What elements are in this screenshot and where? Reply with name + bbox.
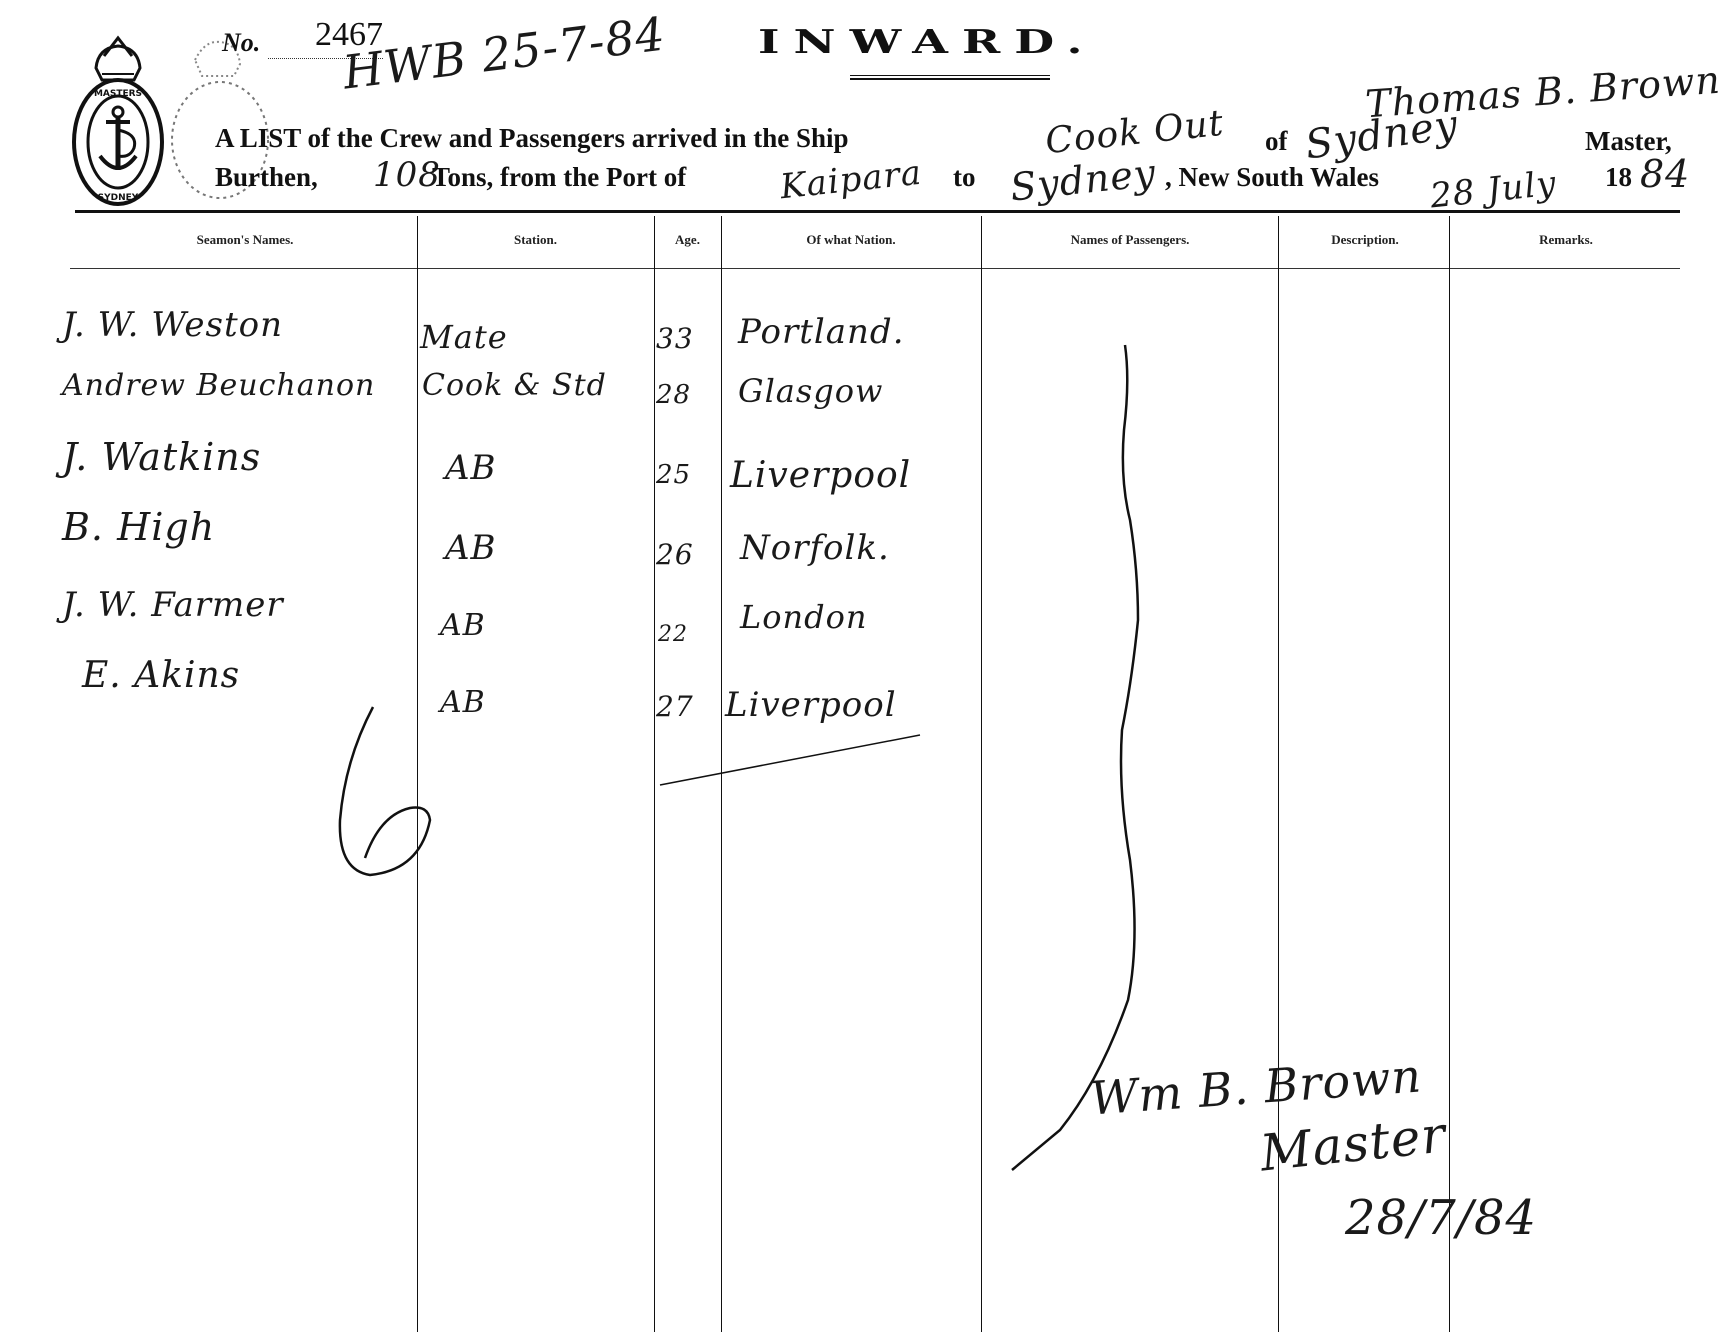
shipping-masters-seal: MASTERS SYDNEY — [68, 30, 168, 205]
handwritten-reference: HWB 25-7-84 — [340, 6, 668, 99]
crown-icon: MASTERS SYDNEY — [68, 30, 168, 205]
form-number-label: No. — [222, 28, 260, 58]
seaman-nation: London — [740, 598, 867, 636]
divider-remarks — [1449, 216, 1450, 1332]
seaman-nation: Liverpool — [725, 685, 897, 725]
seaman-station: AB — [445, 448, 497, 488]
seaman-station: AB — [440, 608, 486, 643]
burthen-label: Burthen, — [215, 162, 318, 193]
divider-nation — [721, 216, 722, 1332]
divider-age — [654, 216, 655, 1332]
column-header-passengers: Names of Passengers. — [982, 232, 1278, 248]
seaman-nation: Norfolk. — [740, 528, 890, 568]
arrival-day-month: 28 July — [1428, 163, 1558, 216]
list-heading-line1: A LIST of the Crew and Passengers arrive… — [215, 123, 849, 154]
to-port: Sydney — [1008, 150, 1158, 209]
seaman-station: Mate — [420, 318, 508, 356]
seaman-name: J. W. Farmer — [62, 585, 284, 625]
to-label: to — [953, 162, 976, 193]
svg-text:SYDNEY: SYDNEY — [98, 193, 139, 203]
seaman-age: 26 — [656, 538, 694, 571]
seaman-age: 25 — [656, 460, 691, 490]
seaman-station: AB — [445, 528, 497, 568]
column-header-rule — [70, 268, 1680, 269]
seaman-name: J. Watkins — [62, 435, 261, 479]
column-header-nation: Of what Nation. — [722, 232, 980, 248]
column-header-remarks: Remarks. — [1452, 232, 1680, 248]
seaman-nation: Liverpool — [730, 455, 911, 496]
column-header-station: Station. — [418, 232, 653, 248]
seaman-station: Cook & Std — [422, 368, 607, 403]
from-port: Kaipara — [778, 153, 924, 208]
divider-station — [417, 216, 418, 1332]
seaman-age: 27 — [656, 690, 694, 723]
seaman-name: Andrew Beuchanon — [62, 368, 375, 403]
seaman-age: 28 — [656, 380, 691, 410]
svg-text:MASTERS: MASTERS — [94, 89, 142, 99]
burthen-value: 108 — [373, 155, 441, 195]
signature-role: Master — [1257, 1105, 1448, 1182]
divider-passengers — [981, 216, 982, 1332]
of-label: of — [1265, 126, 1288, 157]
seaman-name: J. W. Weston — [62, 305, 283, 345]
header-rule — [75, 210, 1680, 213]
year-prefix: 18 — [1605, 162, 1632, 193]
year-suffix: 84 — [1640, 152, 1690, 196]
ship-port: Sydney — [1303, 102, 1462, 169]
seaman-age: 22 — [658, 622, 688, 647]
seaman-name: E. Akins — [82, 655, 240, 696]
column-header-description: Description. — [1280, 232, 1450, 248]
seaman-nation: Glasgow — [738, 372, 883, 410]
column-header-age: Age. — [655, 232, 720, 248]
seaman-station: AB — [440, 685, 486, 720]
signature-date: 28/7/84 — [1345, 1190, 1537, 1246]
seaman-age: 33 — [656, 322, 694, 355]
column-header-seamen-names: Seamon's Names. — [75, 232, 415, 248]
seaman-nation: Portland. — [738, 312, 905, 352]
tons-from-port-label: Tons, from the Port of — [432, 162, 686, 193]
new-south-wales-label: , New South Wales — [1165, 162, 1379, 193]
form-title: INWARD. — [758, 22, 1096, 61]
seaman-name: B. High — [62, 505, 215, 549]
title-underline — [850, 75, 1050, 80]
